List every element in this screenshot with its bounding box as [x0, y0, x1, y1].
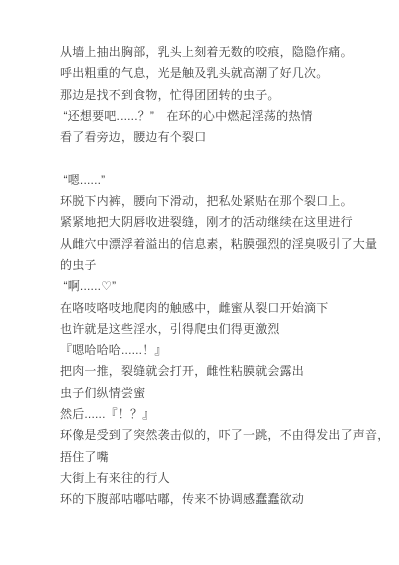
text-line: 也许就是这些淫水，引得爬虫们得更激烈	[60, 319, 391, 340]
blank-line	[60, 148, 391, 169]
text-line: 在咯吱咯吱地爬肉的触感中，雌蜜从裂口开始滴下	[60, 298, 391, 319]
document-page: 从墙上抽出胸部，乳头上刻着无数的咬痕，隐隐作痛。呼出粗重的气息，光是触及乳头就高…	[0, 0, 399, 565]
text-line: 『嗯哈哈哈......！』	[60, 340, 391, 361]
text-line: 然后......『！？』	[60, 404, 391, 425]
text-line: 环的下腹部咕嘟咕嘟，传来不协调感蠢蠢欲动	[60, 489, 391, 510]
text-line: 的虫子	[60, 255, 391, 276]
text-line: 呼出粗重的气息，光是触及乳头就高潮了好几次。	[60, 63, 391, 84]
text-line: 从墙上抽出胸部，乳头上刻着无数的咬痕，隐隐作痛。	[60, 42, 391, 63]
text-line: “还想要吧......？” 在环的心中燃起淫荡的热情	[60, 106, 391, 127]
text-line: 大街上有来往的行人	[60, 468, 391, 489]
text-line: 环像是受到了突然袭击似的，吓了一跳，不由得发出了声音，	[60, 425, 391, 446]
text-line: 看了看旁边，腰边有个裂口	[60, 127, 391, 148]
text-line: 紧紧地把大阴唇收进裂缝，刚才的活动继续在这里进行	[60, 212, 391, 233]
text-line: 从雌穴中漂浮着溢出的信息素，粘膜强烈的淫臭吸引了大量	[60, 234, 391, 255]
text-line: 把肉一推，裂缝就会打开，雌性粘膜就会露出	[60, 361, 391, 382]
text-line: “嗯......”	[60, 170, 391, 191]
text-line: 环脱下内裤，腰向下滑动，把私处紧贴在那个裂口上。	[60, 191, 391, 212]
text-line: “啊......♡”	[60, 276, 391, 297]
text-line: 那边是找不到食物，忙得团团转的虫子。	[60, 85, 391, 106]
text-line: 虫子们纵情尝蜜	[60, 383, 391, 404]
text-line: 捂住了嘴	[60, 447, 391, 468]
text-block: 从墙上抽出胸部，乳头上刻着无数的咬痕，隐隐作痛。呼出粗重的气息，光是触及乳头就高…	[0, 0, 399, 511]
